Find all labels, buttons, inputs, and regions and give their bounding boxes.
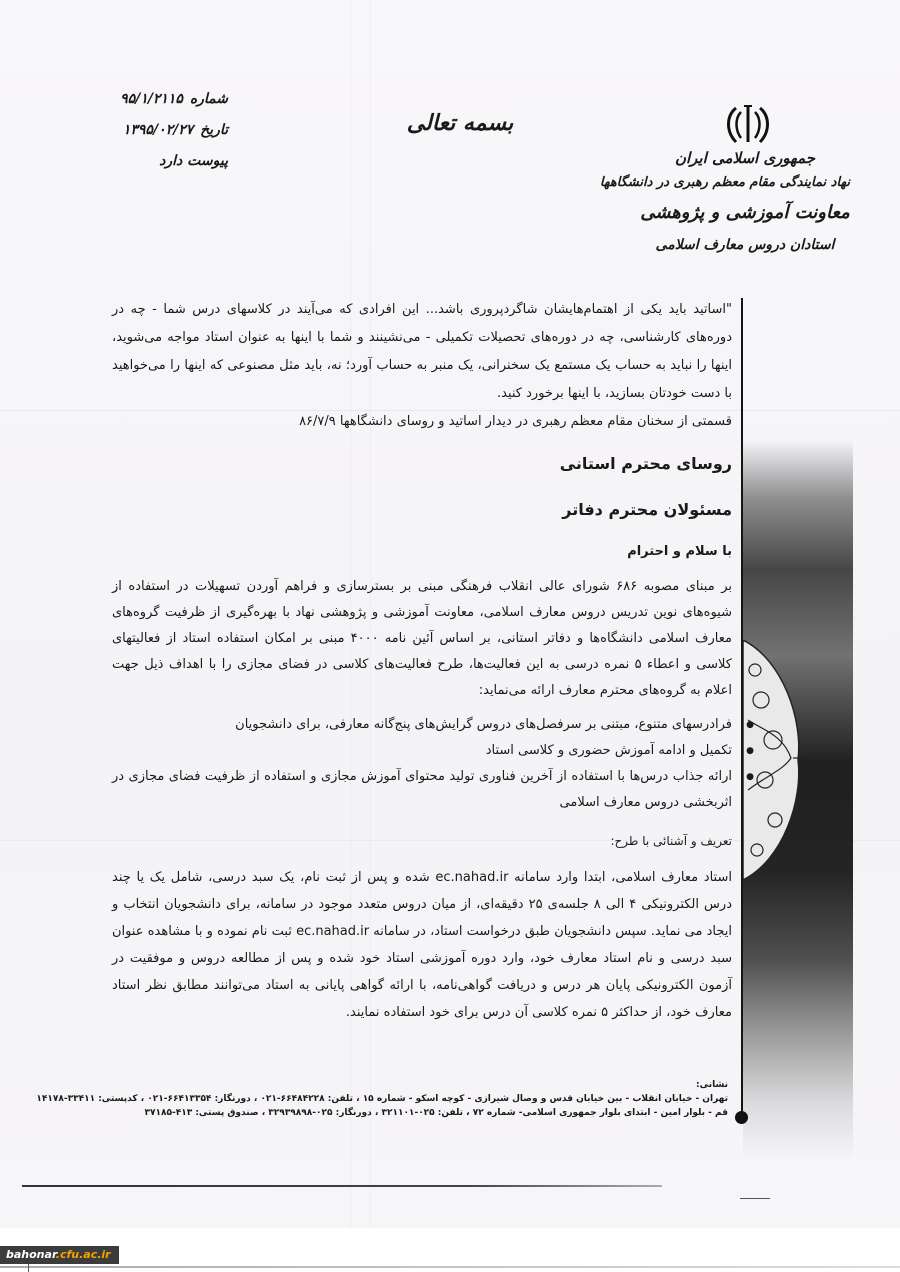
site-watermark: bahonar.cfu.ac.ir <box>0 1246 119 1264</box>
address-label: نشانی: <box>84 1078 728 1092</box>
tick-mark <box>28 1264 29 1272</box>
org-line-deputy: معاونت آموزشی و پژوهشی <box>640 196 850 230</box>
organization-header: جمهوری اسلامی ایران نهاد نمایندگی مقام م… <box>640 146 850 260</box>
watermark-domain: .cfu.ac.ir <box>56 1248 111 1261</box>
list-item: تکمیل و ادامه آموزش حضوری و کلاسی استاد <box>112 738 732 764</box>
letter-meta: شماره ۹۵/۱/۲۱۱۵ تاریخ ۱۳۹۵/۰۲/۲۷ پیوست د… <box>118 84 228 177</box>
letter-page: شماره ۹۵/۱/۲۱۱۵ تاریخ ۱۳۹۵/۰۲/۲۷ پیوست د… <box>0 0 900 1230</box>
address-tehran: تهران - خیابان انقلاب - بین خیابان قدس و… <box>84 1092 728 1106</box>
org-line-office: نهاد نمایندگی مقام معظم رهبری در دانشگاه… <box>640 170 850 196</box>
number-label: شماره <box>190 91 228 107</box>
goals-list: فرادرسهای متنوع، مبتنی بر سرفصل‌های دروس… <box>112 712 758 816</box>
bottom-rule <box>22 1185 662 1187</box>
bottom-border <box>0 1266 900 1268</box>
addressee-office-managers: مسئولان محترم دفاتر <box>540 500 732 519</box>
watermark-prefix: bahonar <box>6 1248 56 1261</box>
letter-number: شماره ۹۵/۱/۲۱۱۵ <box>118 84 228 115</box>
quote-source: قسمتی از سخنان مقام معظم رهبری در دیدار … <box>112 414 732 429</box>
greeting: با سلام و احترام <box>540 544 732 559</box>
iran-emblem-icon <box>722 98 774 150</box>
body-paragraph-1: بر مبنای مصوبه ۶۸۶ شورای عالی انقلاب فره… <box>112 574 732 704</box>
paper-fold <box>0 410 900 411</box>
intro-heading: تعریف و آشنائی با طرح: <box>112 834 732 848</box>
address-qom: قم - بلوار امین - ابتدای بلوار جمهوری اس… <box>84 1106 728 1120</box>
org-line-dept: استادان دروس معارف اسلامی <box>640 230 850 260</box>
body-paragraph-2: استاد معارف اسلامی، ابتدا وارد سامانه ec… <box>112 864 732 1026</box>
letter-date: تاریخ ۱۳۹۵/۰۲/۲۷ <box>118 115 228 146</box>
org-line-country: جمهوری اسلامی ایران <box>640 146 850 170</box>
bismillah: بسمه تعالی <box>400 110 520 136</box>
attachment-note: پیوست دارد <box>118 146 228 177</box>
number-value: ۹۵/۱/۲۱۱۵ <box>120 91 183 107</box>
date-value: ۱۳۹۵/۰۲/۲۷ <box>123 122 193 138</box>
bottom-rule <box>740 1198 770 1199</box>
quote-text: "اساتید باید یکی از اهتمام‌هایشان شاگردپ… <box>112 296 732 408</box>
decorative-dot <box>735 1111 748 1124</box>
list-item: ارائه جذاب درس‌ها با استفاده از آخرین فن… <box>112 764 732 816</box>
decorative-vertical-line <box>741 298 743 1116</box>
footer-address: نشانی: تهران - خیابان انقلاب - بین خیابا… <box>84 1078 728 1120</box>
date-label: تاریخ <box>200 122 228 138</box>
addressee-provincial-heads: روسای محترم استانی <box>540 454 732 473</box>
list-item: فرادرسهای متنوع، مبتنی بر سرفصل‌های دروس… <box>112 712 732 738</box>
